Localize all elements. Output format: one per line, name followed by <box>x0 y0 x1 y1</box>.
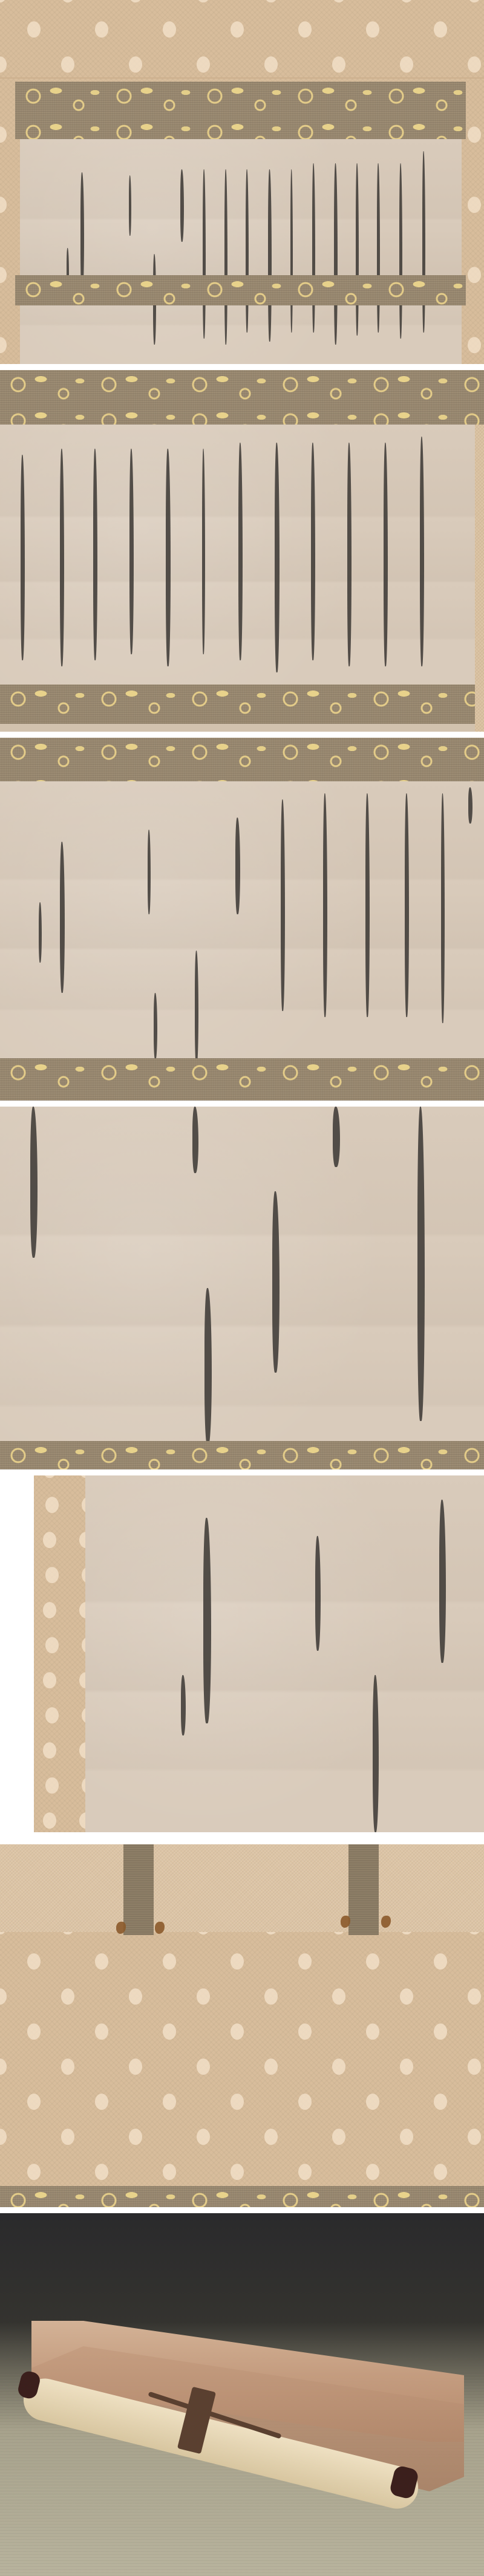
mount-border-silk <box>34 1475 85 1832</box>
brocade-band-bottom <box>0 1058 484 1101</box>
mounting-silk <box>0 1932 484 2186</box>
calligraphy-column <box>200 169 208 351</box>
calligraphy-column <box>331 163 339 345</box>
calligraphy-column <box>126 175 134 248</box>
hanging-strap-left <box>123 1844 154 1935</box>
brocade-band-top <box>0 370 484 424</box>
hanging-strap-right <box>348 1844 379 1935</box>
calligraphy-paper <box>20 139 462 364</box>
mount-edge <box>475 424 484 732</box>
calligraphy-column <box>177 169 186 351</box>
brocade-band-top <box>15 82 466 139</box>
calligraphy-column <box>243 169 251 351</box>
photo-panel-detail-left <box>0 738 484 1101</box>
upper-silk <box>0 1844 484 1932</box>
calligraphy-column <box>353 163 361 345</box>
brocade-band-bottom <box>0 2186 484 2207</box>
brocade-band-top <box>0 738 484 781</box>
photo-panel-left-edge-detail <box>0 1475 484 1838</box>
calligraphy-paper <box>0 781 484 1058</box>
calligraphy-column <box>287 169 296 351</box>
brocade-band-bottom <box>0 685 475 724</box>
photo-panel-top-straps <box>0 1844 484 2207</box>
photo-panel-full-view <box>0 0 484 364</box>
brocade-band-bottom <box>15 275 466 305</box>
calligraphy-column <box>221 169 230 351</box>
calligraphy-column <box>374 163 382 345</box>
brocade-band-bottom <box>0 1441 484 1469</box>
calligraphy-column <box>419 151 428 351</box>
calligraphy-paper <box>0 424 475 685</box>
photo-panel-detail-right <box>0 370 484 732</box>
calligraphy-column <box>396 163 405 345</box>
photo-panel-box-and-scroll <box>0 2213 484 2576</box>
calligraphy-paper <box>85 1475 484 1832</box>
mount-border <box>0 77 484 79</box>
calligraphy-column <box>265 169 273 351</box>
calligraphy-column <box>309 163 318 345</box>
photo-panel-signature-detail <box>0 1107 484 1469</box>
